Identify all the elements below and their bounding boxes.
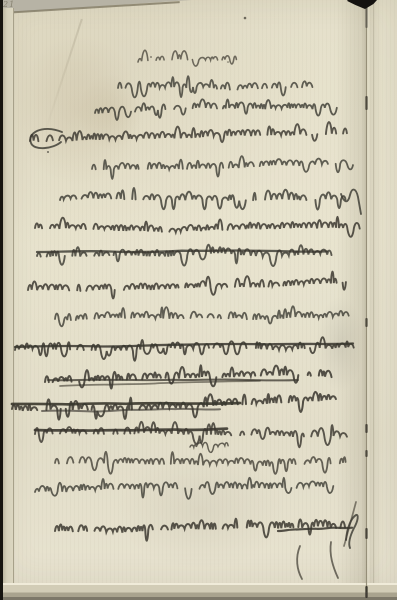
handwriting-line [12,392,344,420]
handwriting-layer [0,0,397,600]
handwriting-line [118,76,317,97]
handwriting-flourish [330,542,338,578]
binding-stitch [365,450,367,457]
strikethrough-stroke [60,381,260,386]
handwriting-line [28,272,354,299]
strikethrough-stroke [278,528,352,531]
ink-speck [150,56,152,58]
binding-stitch [365,528,367,539]
handwriting-line [35,478,333,499]
handwriting-line [55,306,349,326]
handwriting-line [95,99,341,120]
handwriting-flourish [341,190,361,214]
handwriting-line [55,452,351,474]
ink-speck [244,17,247,20]
strikethrough-stroke [37,250,327,252]
handwriting-line [92,156,353,179]
scanned-notebook-page: 21 [0,0,397,600]
handwriting-line [30,122,356,142]
handwriting-line [138,50,236,66]
binding-stitch [365,586,367,598]
handwriting-line [60,188,346,210]
folio-number: 21 [3,0,15,9]
ink-speck [227,61,229,63]
binding-stitch [365,96,367,110]
binding-stitch [365,318,367,327]
handwriting-flourish [297,546,302,579]
ink-speck [47,151,49,153]
handwriting-line [35,422,347,447]
binding-stitch [365,424,367,433]
strikethrough-stroke [12,403,240,404]
handwriting-line [37,245,331,266]
handwriting-line [35,217,360,237]
handwriting-line [15,337,361,361]
handwriting-flourish [30,129,62,148]
scan-left-border [0,0,3,600]
